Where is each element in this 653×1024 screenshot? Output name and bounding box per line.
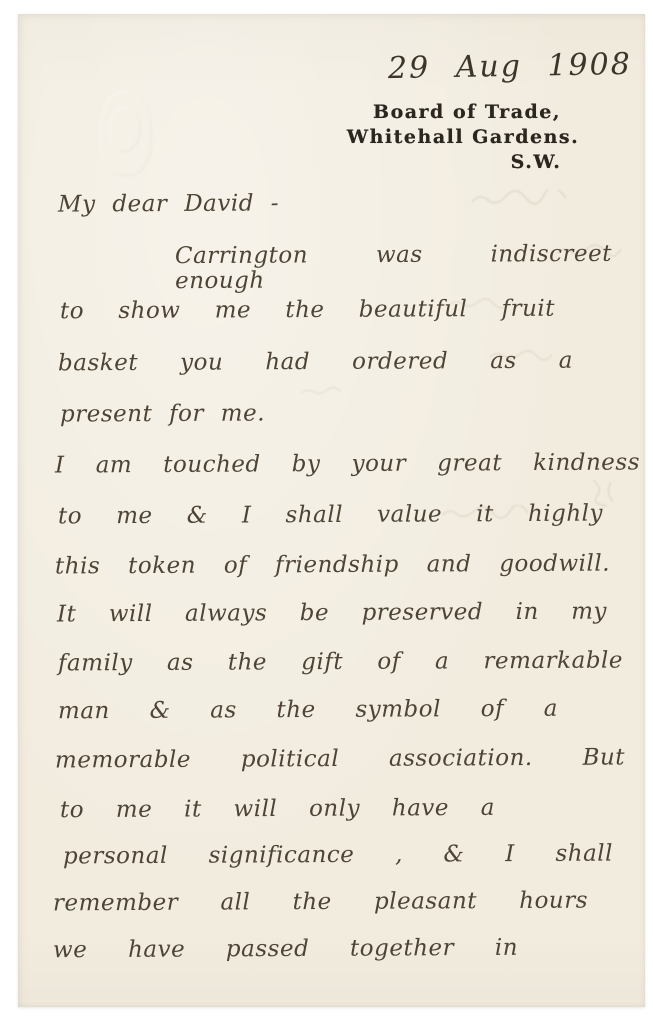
salutation: My dear David - bbox=[58, 191, 279, 217]
ink-bleedthrough-mark bbox=[488, 348, 568, 362]
body-line: personal significance , & I shall bbox=[63, 842, 613, 870]
body-line: Carrington was indiscreet enough bbox=[175, 242, 612, 295]
ink-bleedthrough-mark bbox=[300, 385, 360, 397]
body-line: man & as the symbol of a bbox=[58, 697, 558, 725]
letterhead-line-1: Board of Trade, bbox=[373, 101, 561, 123]
body-line: family as the gift of a remarkable bbox=[58, 649, 623, 677]
ink-bleedthrough-mark bbox=[448, 296, 523, 310]
body-line: present for me. bbox=[60, 401, 265, 427]
ink-bleedthrough-mark bbox=[555, 243, 640, 259]
letterhead-line-2: Whitehall Gardens. bbox=[347, 126, 579, 148]
ink-bleedthrough-mark bbox=[440, 505, 535, 521]
letterhead-line-3: S.W. bbox=[511, 151, 562, 173]
body-line: this token of friendship and goodwill. bbox=[55, 552, 610, 580]
letter-date: 29 Aug 1908 bbox=[388, 48, 632, 85]
letter-page: 29 Aug 1908 Board of Trade, Whitehall Ga… bbox=[18, 14, 645, 1007]
ink-bleedthrough-mark bbox=[585, 476, 625, 510]
body-line: to me it will only have a bbox=[60, 796, 495, 824]
body-line: It will always be preserved in my bbox=[57, 600, 607, 628]
ink-bleedthrough-mark bbox=[470, 190, 570, 208]
body-line: remember all the pleasant hours bbox=[53, 889, 588, 917]
body-line: memorable political association. But bbox=[55, 746, 625, 774]
body-line: I am touched by your great kindness bbox=[55, 450, 640, 478]
body-line: we have passed together in bbox=[53, 936, 518, 964]
embossed-crest bbox=[100, 90, 152, 176]
